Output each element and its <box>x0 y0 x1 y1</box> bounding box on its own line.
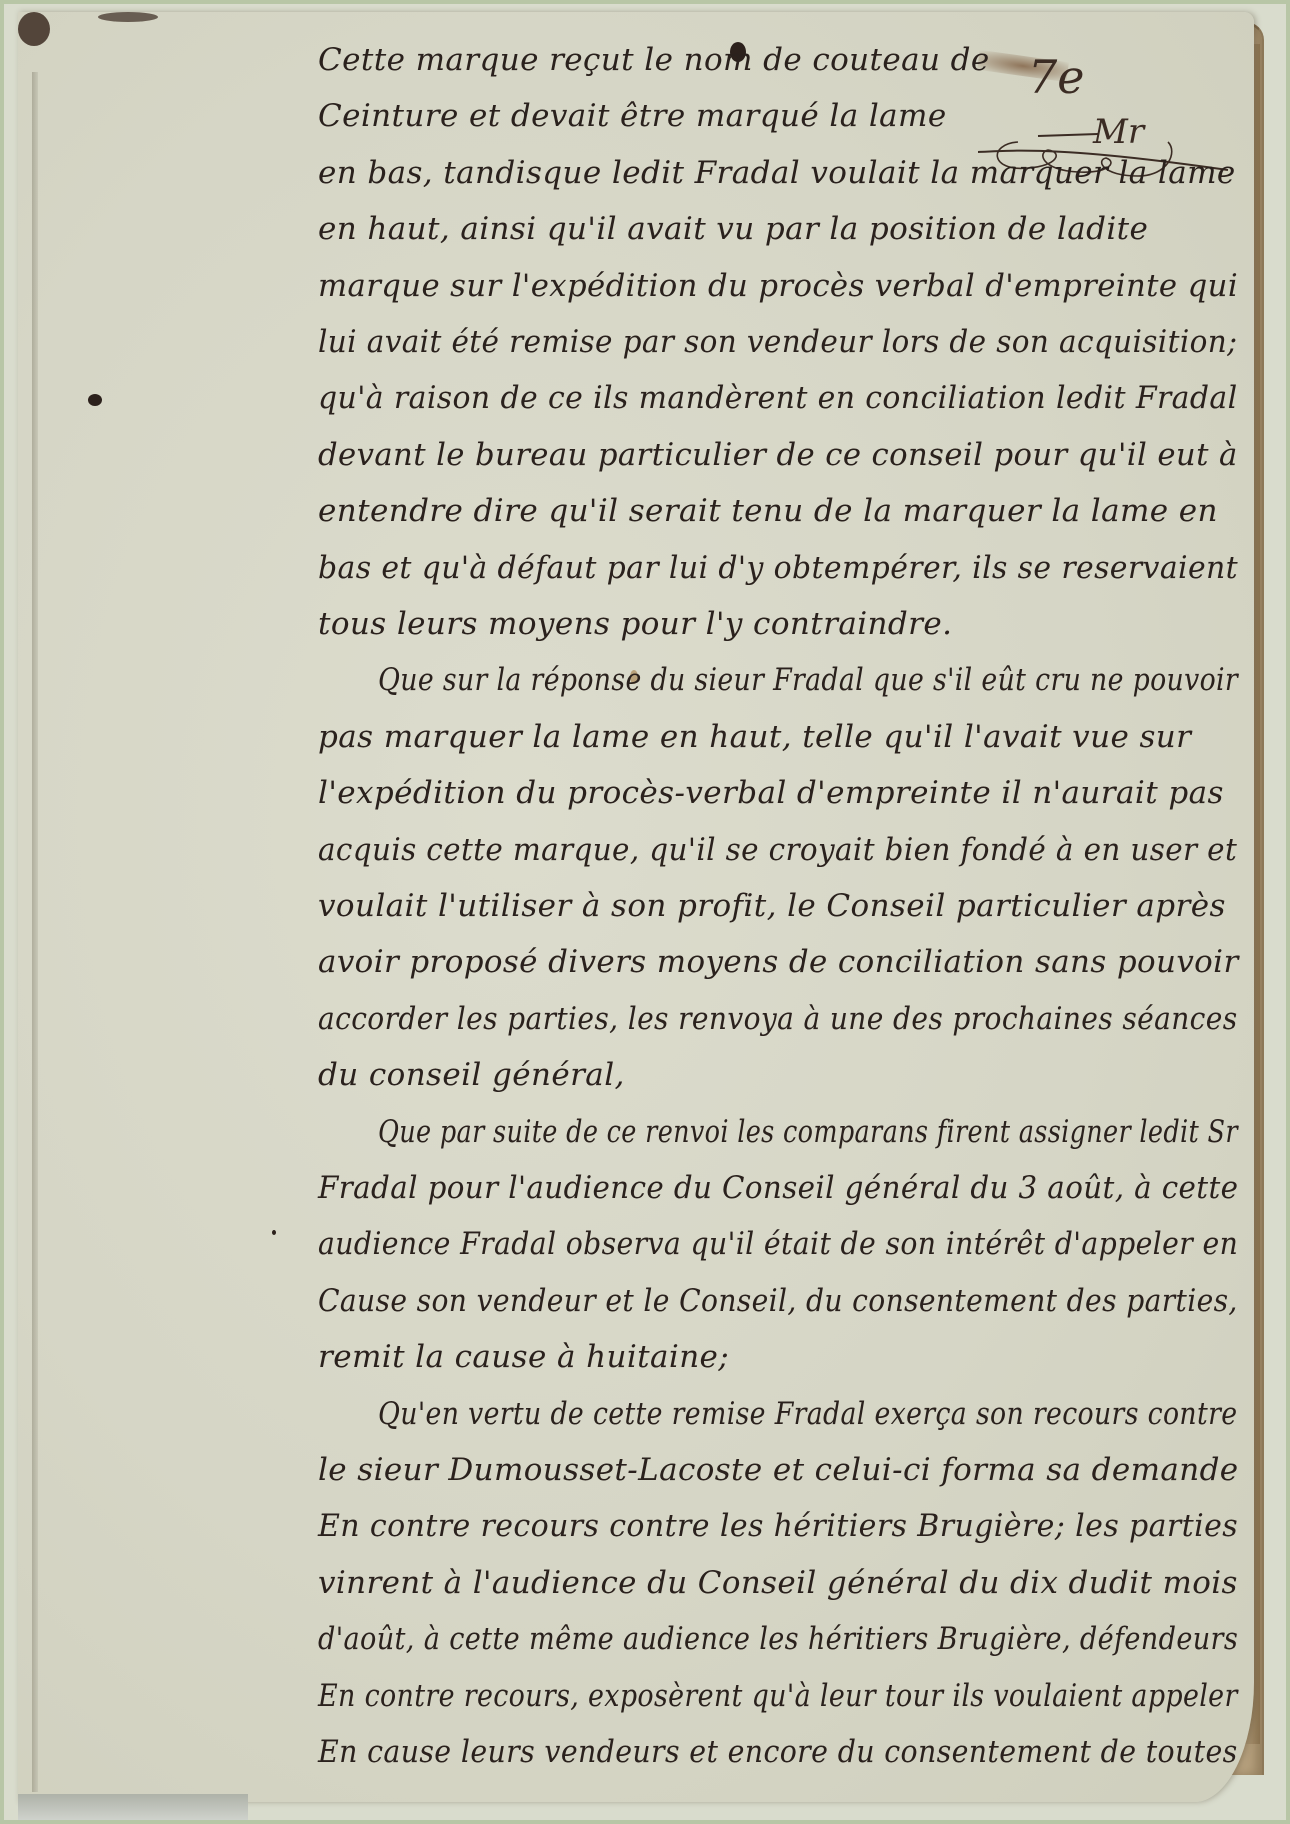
paragraph-start-line: Que par suite de ce renvoi les comparans… <box>378 1114 1238 1150</box>
text-line: audience Fradal observa qu'il était de s… <box>318 1226 1238 1262</box>
text-line: tous leurs moyens pour l'y contraindre. <box>318 606 952 642</box>
text-line: l'expédition du procès-verbal d'empreint… <box>318 775 1224 811</box>
paragraph-start-line: Que sur la réponse du sieur Fradal que s… <box>378 662 1238 698</box>
text-line: En contre recours, exposèrent qu'à leur … <box>318 1678 1238 1714</box>
text-line: voulait l'utiliser à son profit, le Cons… <box>318 888 1226 924</box>
image-frame: 7e Mr Cette marque reçut le nom de coute… <box>4 4 1286 1820</box>
text-line: entendre dire qu'il serait tenu de la ma… <box>318 493 1218 529</box>
text-line: En contre recours contre les héritiers B… <box>318 1508 1238 1544</box>
text-line: d'août, à cette même audience les hériti… <box>318 1621 1238 1657</box>
text-line: en bas, tandisque ledit Fradal voulait l… <box>318 155 1236 191</box>
text-line: bas et qu'à défaut par lui d'y obtempére… <box>318 550 1238 586</box>
page-number-annotation: 7e <box>1028 50 1085 104</box>
page-bottom-fold <box>18 1794 248 1820</box>
text-line: Cause son vendeur et le Conseil, du cons… <box>318 1283 1238 1319</box>
text-line: devant le bureau particulier de ce conse… <box>318 437 1238 473</box>
text-line: avoir proposé divers moyens de conciliat… <box>318 944 1239 980</box>
text-line: En cause leurs vendeurs et encore du con… <box>318 1734 1238 1770</box>
text-line: marque sur l'expédition du procès verbal… <box>318 268 1238 304</box>
text-line: Cette marque reçut le nom de couteau de <box>318 42 990 78</box>
ink-stain-top-left <box>18 12 50 46</box>
paragraph-start-line: Qu'en vertu de cette remise Fradal exerç… <box>378 1396 1237 1432</box>
text-line: lui avait été remise par son vendeur lor… <box>318 324 1237 360</box>
page-spine <box>32 72 38 1792</box>
ink-dot-left-margin <box>272 1230 276 1235</box>
manuscript-page: 7e Mr Cette marque reçut le nom de coute… <box>18 12 1254 1802</box>
page-top-shadow <box>98 12 158 22</box>
text-line: du conseil général, <box>318 1057 625 1093</box>
text-line: acquis cette marque, qu'il se croyait bi… <box>318 832 1237 868</box>
text-line: Ceinture et devait être marqué la lame <box>318 98 947 134</box>
text-line: en haut, ainsi qu'il avait vu par la pos… <box>318 211 1148 247</box>
text-line: le sieur Dumousset-Lacoste et celui-ci f… <box>318 1452 1239 1488</box>
ink-blot-left-margin <box>88 394 102 406</box>
text-line: remit la cause à huitaine; <box>318 1339 729 1375</box>
text-line: accorder les parties, les renvoya à une … <box>318 1001 1238 1037</box>
text-line: Fradal pour l'audience du Conseil généra… <box>318 1170 1238 1206</box>
text-line: vinrent à l'audience du Conseil général … <box>318 1565 1238 1601</box>
text-line: pas marquer la lame en haut, telle qu'il… <box>318 719 1191 755</box>
text-line: qu'à raison de ce ils mandèrent en conci… <box>318 380 1238 416</box>
